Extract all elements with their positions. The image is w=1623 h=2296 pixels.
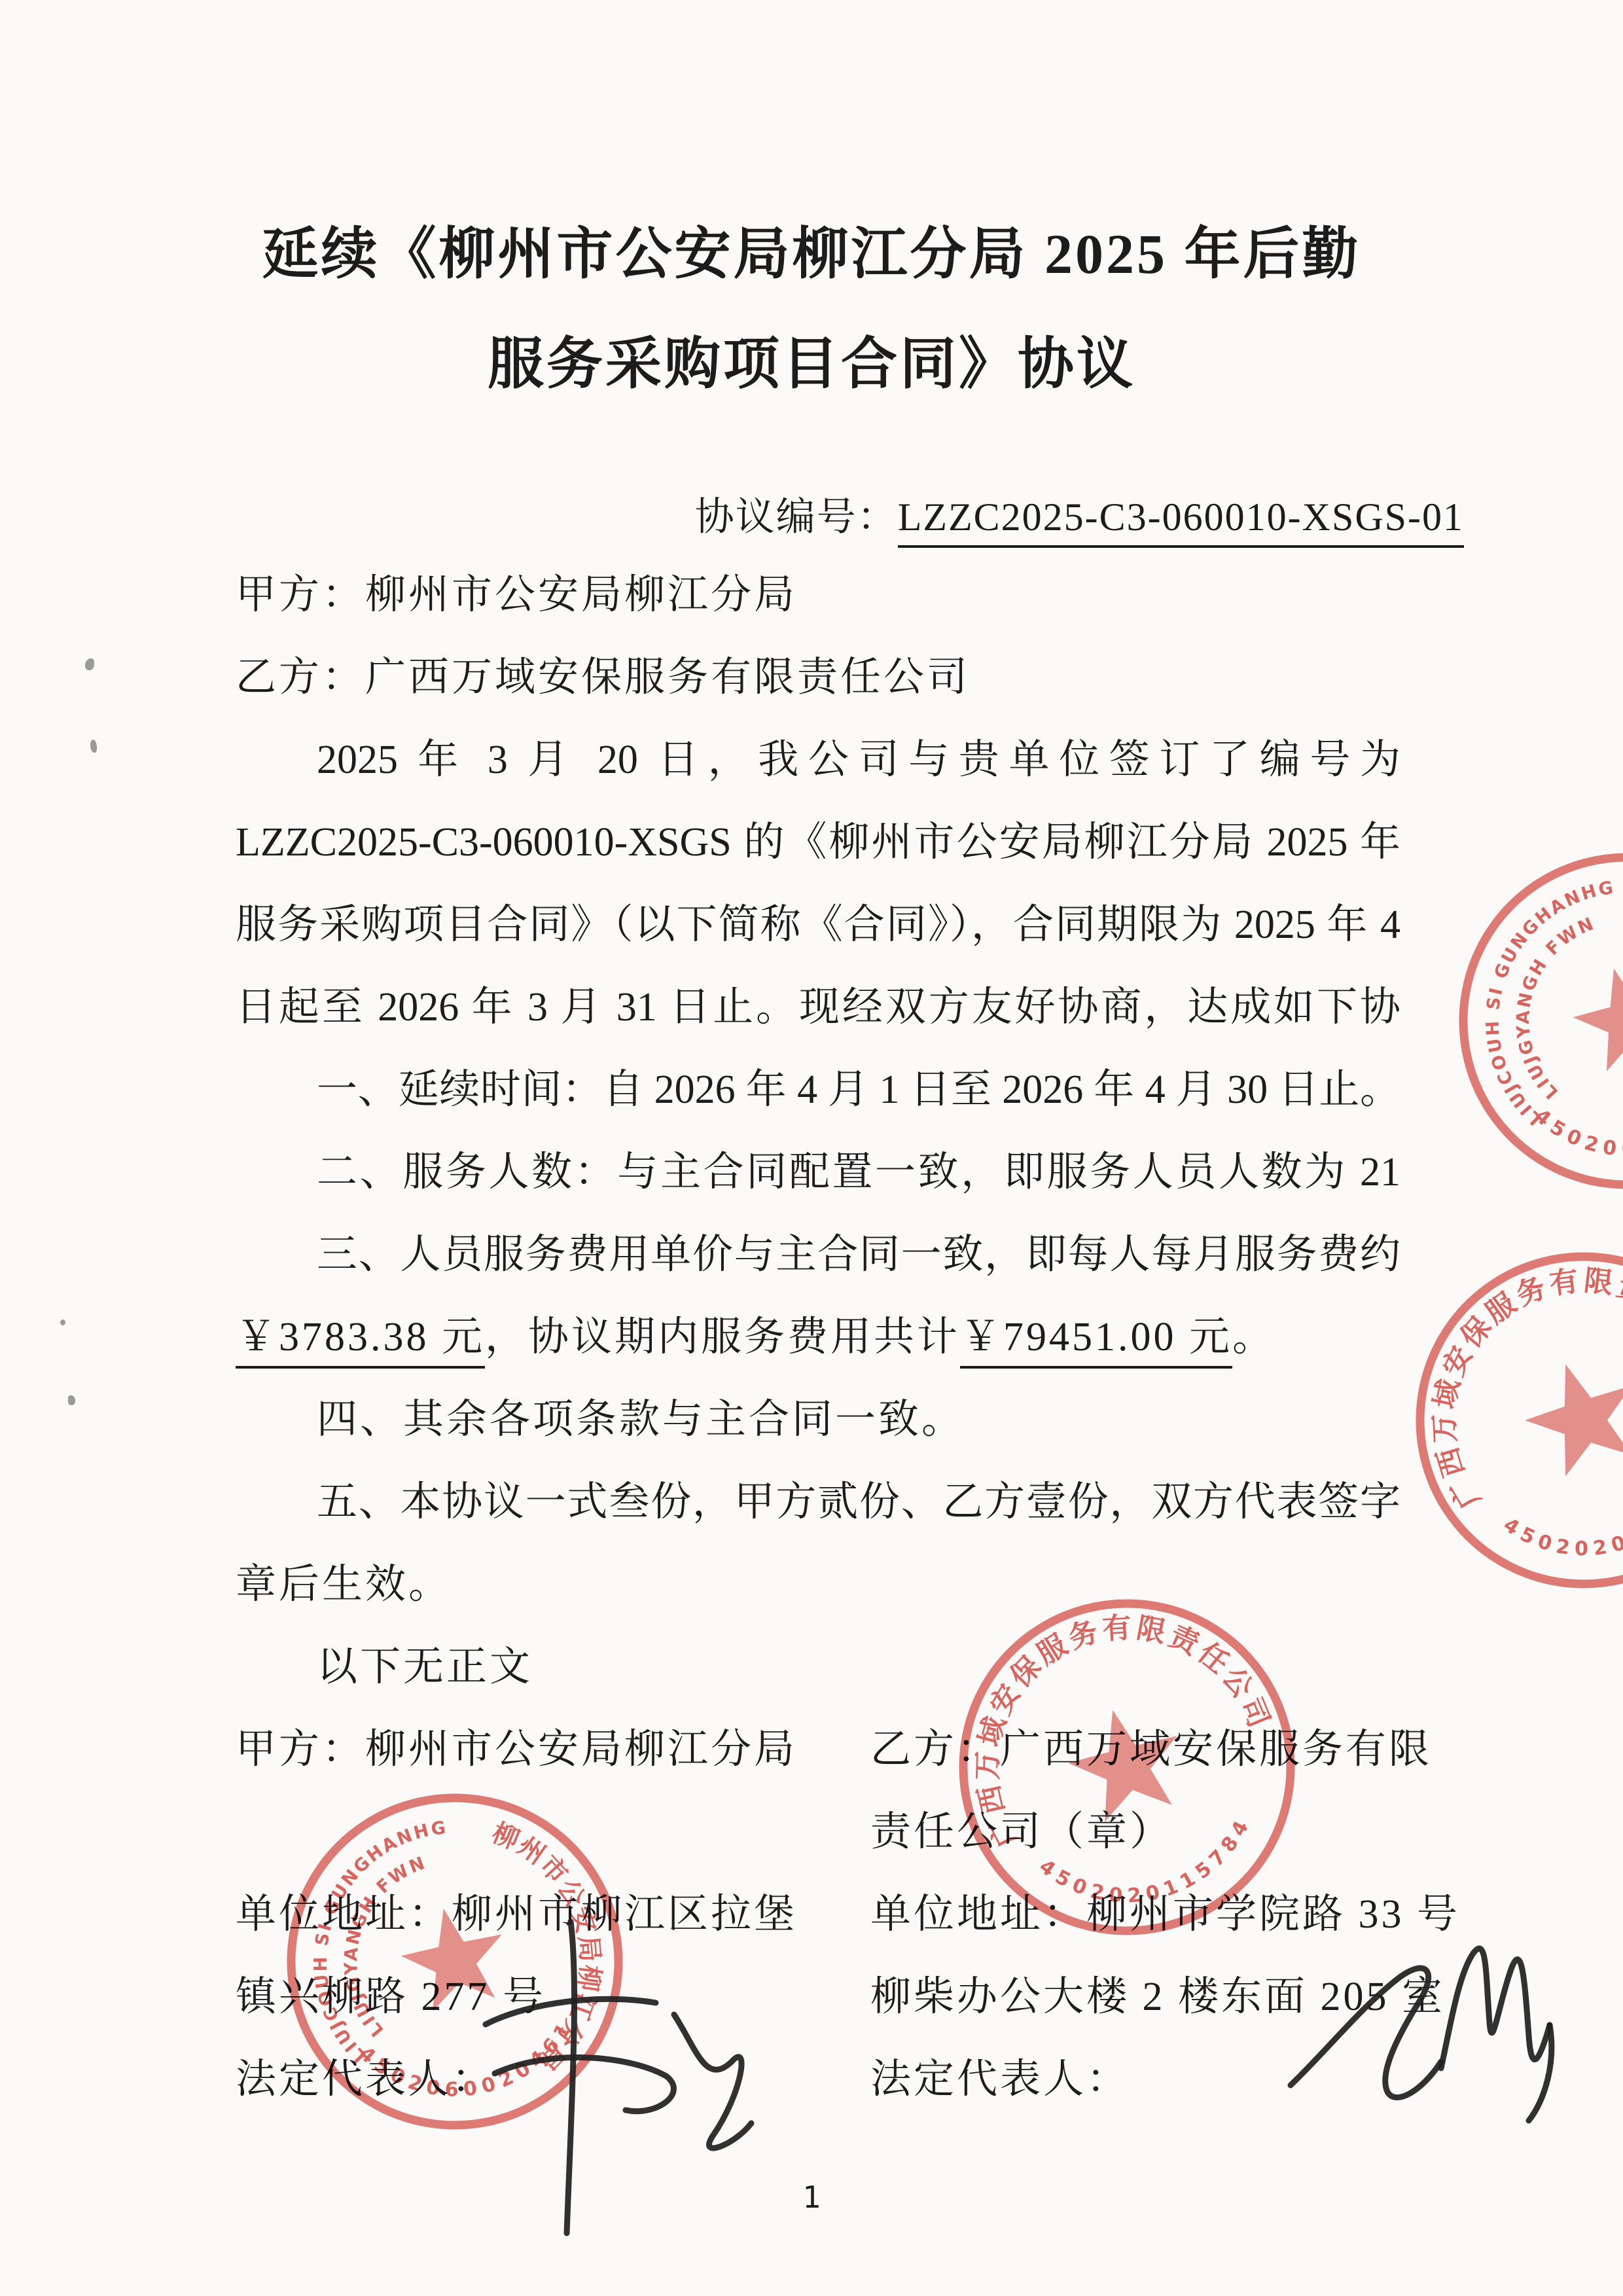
scanned-contract-page: 延续《柳州市公安局柳江分局 2025 年后勤 服务采购项目合同》协议 协议编号：… xyxy=(0,0,1623,2296)
legal-rep-b-signature xyxy=(1291,1948,1552,2121)
legal-rep-a-signature xyxy=(0,0,1623,2296)
